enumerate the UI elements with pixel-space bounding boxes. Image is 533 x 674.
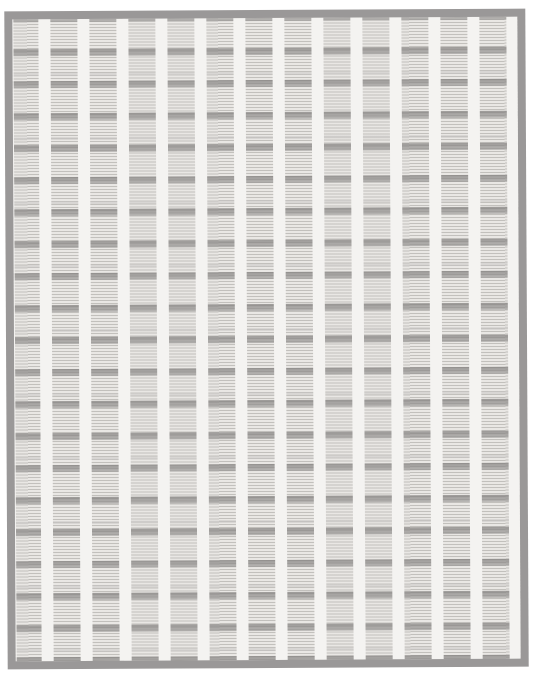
rug-field [12, 17, 520, 662]
ivory-vertical-bands [12, 17, 520, 662]
rug [4, 9, 528, 670]
